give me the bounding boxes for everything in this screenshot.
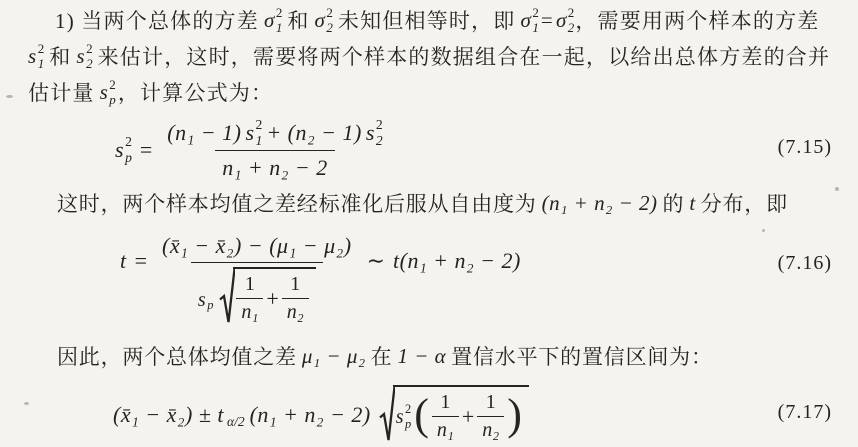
math-sigma2-squared: σ22 [315,6,333,34]
left-paren: ( [414,396,429,433]
math-sup: 2 [86,42,93,55]
equals-sign: = [140,137,152,163]
math-s1-squared: s21 [245,118,262,147]
paragraph-line-3: 估计量 s2p ，计算公式为： [28,74,838,110]
equation-number-7-17: (7.17) [778,401,832,424]
scan-speck [6,95,13,98]
fraction-one-over-n2: 1n₂ [282,273,309,324]
math-sigma1-squared: σ21 [264,6,282,34]
formula-t-statistic: t = (x̄₁ − x̄₂) − (μ₁ − μ₂) sp 1n₁ + 1n₂… [120,233,521,326]
equals-sign: = [135,248,147,274]
math-s2-squared: s22 [366,118,383,147]
math-s2-squared: s22 [76,42,92,70]
math-t: t [689,191,695,216]
math-sup: 2 [38,42,45,55]
text-run: ，需要用两个样本的方差 [575,5,819,35]
math-base: s [366,122,375,144]
text-run: 未知但相等时，即 [338,5,516,35]
paragraph-line-1: 1) 当两个总体的方差 σ21 和 σ22 未知但相等时，即 σ21 = σ22… [28,2,838,38]
math-sigma1-squared: σ21 [521,6,539,34]
math-sup: 2 [405,403,411,415]
math-sup: 2 [256,118,263,132]
math-sup: 2 [568,6,575,19]
tilde-distributed-as: ∼ [367,248,385,274]
math-mu-difference: μ₁ − μ₂ [302,344,366,369]
math-sp-squared: s2p [100,78,116,106]
math-run: + (n₂ − 1) [266,120,362,146]
math-run: (n₁ + n₂ − 2) [250,402,371,428]
math-sp: sp [198,290,214,310]
radicand: s2p ( 1n₁ + 1n₂ ) [393,385,529,444]
text-run: ，计算公式为： [118,77,273,107]
math-confidence-level: 1 − α [397,344,446,369]
textbook-page: 1) 当两个总体的方差 σ21 和 σ22 未知但相等时，即 σ21 = σ22… [0,0,858,447]
paragraph-line-2: s21 和 s22 来估计，这时，需要将两个样本的数据组合在一起，以给出总体方差… [28,38,838,74]
math-sup: 2 [326,6,333,19]
math-scripts: 2p [109,78,116,106]
fraction-denominator: n₂ [477,416,504,442]
plus-sign: + [266,286,278,312]
scan-speck [24,402,29,405]
math-sp-squared: s2p [115,135,132,164]
math-sp-squared: s2p [396,403,412,430]
text-run: 来估计，这时，需要将两个样本的数据组合在一起，以给出总体方差的合并 [98,41,831,71]
math-base: σ [264,10,274,31]
math-scripts: p [207,299,213,311]
math-s1-squared: s21 [28,42,44,70]
math-sub-alpha-over-2: α/2 [227,414,245,430]
text-run: 估计量 [28,77,95,107]
math-sub: p [125,151,132,165]
equals-sign: = [541,8,554,33]
math-base: s [115,139,124,161]
math-sup: 2 [109,78,116,91]
text-run: 的 [663,188,685,218]
equation-number-7-15: (7.15) [778,136,832,159]
text-run: 1) 当两个总体的方差 [55,5,259,35]
math-sup: 2 [532,6,539,19]
math-base: s [396,407,404,427]
math-base: σ [556,10,566,31]
math-scripts: 2p [405,403,411,430]
math-scripts: 22 [568,6,575,34]
math-run: (n₁ − 1) [167,120,241,146]
fraction-denominator: n₁ [236,298,263,324]
math-sub: 2 [376,134,383,148]
fraction-one-over-n2: 1n₂ [477,391,504,442]
sqrt-icon [379,385,395,444]
text-run: 这时，两个样本均值之差经标准化后服从自由度为 [57,188,537,218]
square-root: 1n₁ + 1n₂ [219,267,315,326]
math-sigma2-squared: σ22 [556,6,574,34]
math-base: s [76,46,84,67]
fraction-one-over-n1: 1n₁ [236,273,263,324]
math-run: (n₁ + n₂ − 2) [542,191,658,216]
math-sub: 2 [568,21,575,34]
sentence-confidence-interval: 因此，两个总体均值之差 μ₁ − μ₂ 在 1 − α 置信水平下的置信区间为： [57,338,713,374]
math-scripts: 22 [326,6,333,34]
math-sub: p [207,299,213,311]
math-run: t(n₁ + n₂ − 2) [393,248,521,274]
fraction-denominator: n₁ + n₂ − 2 [215,150,335,181]
formula-confidence-interval: (x̄₁ − x̄₂) ± t α/2 (n₁ + n₂ − 2) s2p ( … [113,385,529,444]
fraction-numerator: 1 [435,391,455,416]
math-base: σ [315,10,325,31]
math-scripts: 21 [532,6,539,34]
math-sub: 2 [86,57,93,70]
formula-pooled-variance: s2p = (n₁ − 1) s21 + (n₂ − 1) s22 n₁ + n… [115,118,390,181]
equation-number-7-16: (7.16) [778,252,832,275]
fraction-denominator: sp 1n₁ + 1n₂ [191,262,323,326]
fraction-numerator: (x̄₁ − x̄₂) − (μ₁ − μ₂) [155,233,359,262]
math-scripts: 2p [125,135,132,164]
math-base: s [100,82,108,103]
fraction-denominator: n₂ [282,298,309,324]
fraction-numerator: 1 [240,273,260,298]
math-base: s [245,122,254,144]
math-base: s [28,46,36,67]
math-scripts: 21 [256,118,263,147]
fraction-numerator: 1 [285,273,305,298]
math-sub: 2 [326,21,333,34]
plus-sign: + [462,404,474,430]
math-sub: 1 [276,21,283,34]
fraction: (n₁ − 1) s21 + (n₂ − 1) s22 n₁ + n₂ − 2 [160,118,389,181]
radicand: 1n₁ + 1n₂ [233,267,315,326]
text-run: 和 [49,41,71,71]
math-sup: 2 [376,118,383,132]
fraction-numerator: (n₁ − 1) s21 + (n₂ − 1) s22 [160,118,389,150]
right-paren: ) [507,396,522,433]
math-sup: 2 [276,6,283,19]
paragraph-pooled-variance-intro: 1) 当两个总体的方差 σ21 和 σ22 未知但相等时，即 σ21 = σ22… [28,2,838,110]
math-base: s [198,290,206,310]
text-run: 和 [287,5,309,35]
sqrt-icon [219,267,235,326]
fraction-denominator: n₁ [432,416,459,442]
math-sub: 1 [38,57,45,70]
math-scripts: 21 [276,6,283,34]
scan-speck [762,229,765,232]
scan-speck [835,187,839,191]
text-run: 在 [371,341,393,371]
math-t: t [120,248,127,274]
fraction: (x̄₁ − x̄₂) − (μ₁ − μ₂) sp 1n₁ + 1n₂ [155,233,359,326]
math-sup: 2 [125,135,132,149]
fraction-numerator: 1 [481,391,501,416]
fraction-one-over-n1: 1n₁ [432,391,459,442]
math-scripts: 22 [86,42,93,70]
text-run: 分布，即 [701,188,788,218]
text-run: 置信水平下的置信区间为： [451,341,713,371]
math-scripts: 22 [376,118,383,147]
sentence-t-distribution: 这时，两个样本均值之差经标准化后服从自由度为 (n₁ + n₂ − 2) 的 t… [57,185,788,221]
square-root: s2p ( 1n₁ + 1n₂ ) [379,385,529,444]
math-sub: 1 [532,21,539,34]
math-scripts: 21 [38,42,45,70]
math-run: (x̄₁ − x̄₂) ± t [113,402,224,428]
text-run: 因此，两个总体均值之差 [57,341,297,371]
math-sub: p [109,93,116,106]
math-base: σ [521,10,531,31]
math-sub: p [405,418,411,430]
math-sub: 1 [256,134,263,148]
